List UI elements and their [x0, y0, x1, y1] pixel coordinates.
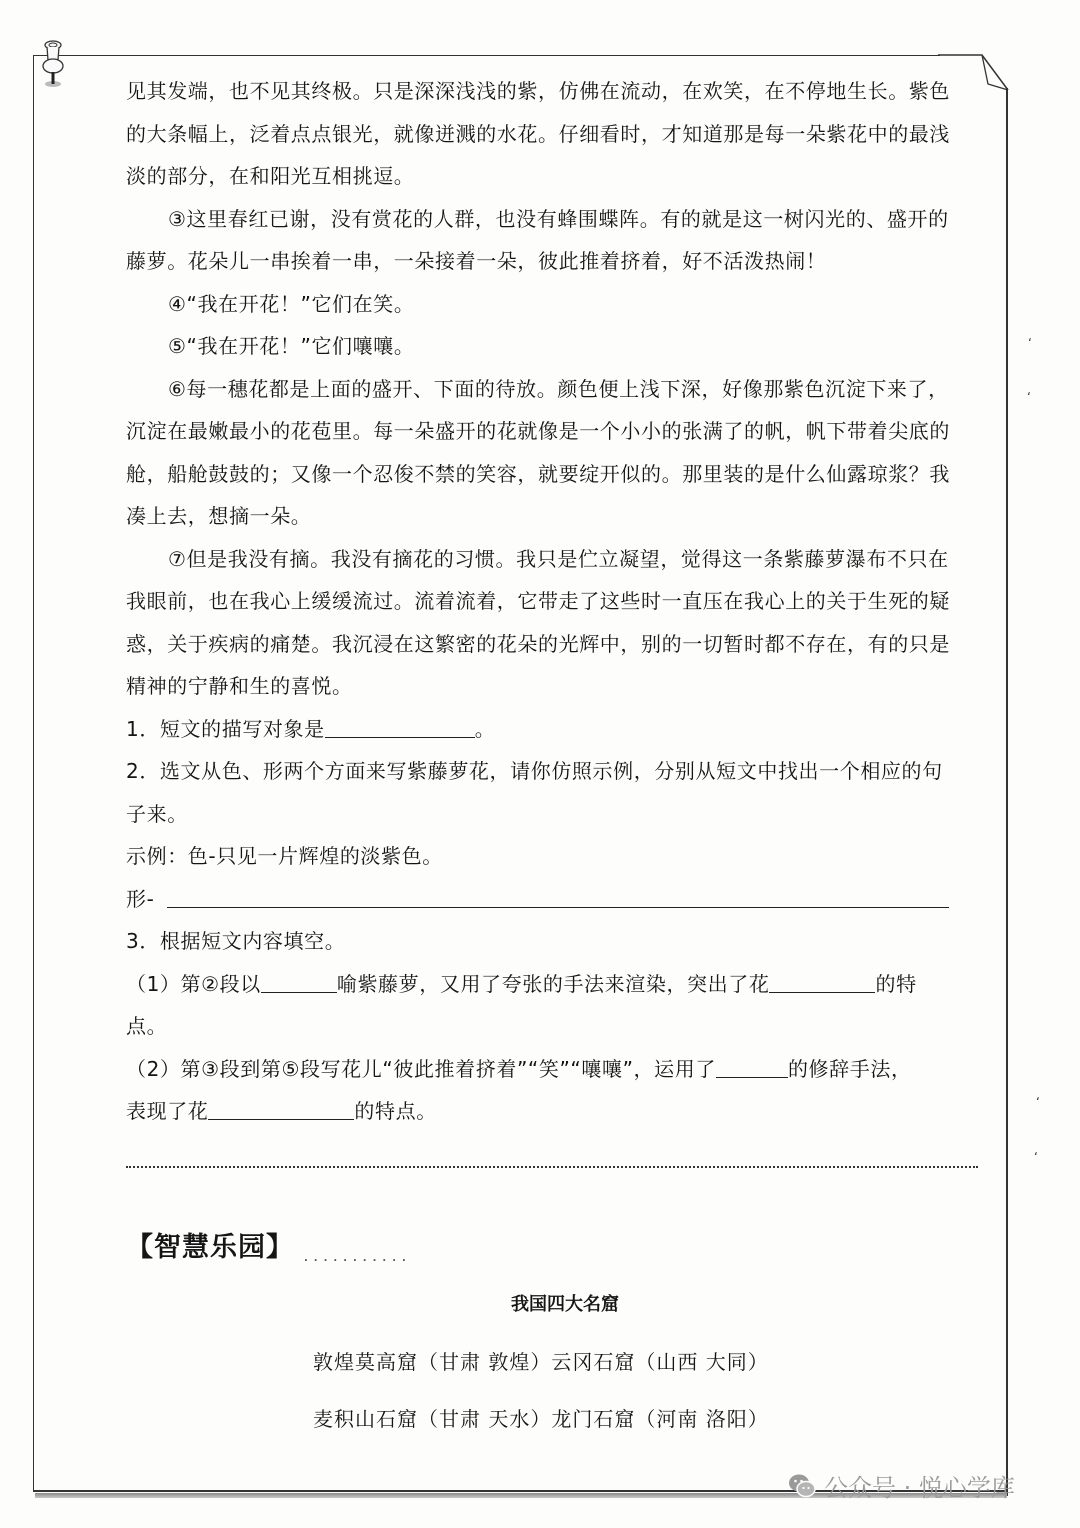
q3-2-text-c: 表现了花 [126, 1099, 208, 1123]
wechat-icon [788, 1473, 816, 1499]
passage-line: 舱，船舱鼓鼓的；又像一个忍俊不禁的笑容，就要绽开似的。那里装的是什么仙露琼浆？我 [126, 453, 978, 496]
pushpin-icon [38, 38, 68, 90]
wisdom-garden-heading: 【智慧乐园】........... [126, 1225, 412, 1264]
passage-line: 藤萝。花朵儿一串挨着一串，一朵接着一朵，彼此推着挤着，好不活泼热闹！ [126, 240, 978, 283]
section-divider [126, 1166, 978, 1168]
q3-2-text-a: （2）第③段到第⑤段写花儿“彼此推着挤着”“笑”“嚷嚷”，运用了 [126, 1057, 716, 1081]
caves-subtitle: 我国四大名窟 [0, 1290, 1080, 1316]
watermark-text: 公众号 · 悦心学库 [824, 1468, 1015, 1503]
passage-line: 沉淀在最嫩最小的花苞里。每一朵盛开的花就像是一个小小的张满了的帆，帆下带着尖底的 [126, 410, 978, 453]
question-2-line1: 2．选文从色、形两个方面来写紫藤萝花，请你仿照示例，分别从短文中找出一个相应的句 [126, 750, 978, 793]
paragraph-4: ④“我在开花！”它们在笑。 [126, 283, 978, 326]
paragraph-6: ⑥每一穗花都是上面的盛开、下面的待放。颜色便上浅下深，好像那紫色沉淀下来了， [126, 368, 978, 411]
paragraph-7: ⑦但是我没有摘。我没有摘花的习惯。我只是伫立凝望，觉得这一条紫藤萝瀑布不只在 [126, 538, 978, 581]
q3-2-text-b: 的修辞手法， [788, 1057, 912, 1081]
question-3-1: （1）第②段以喻紫藤萝，又用了夸张的手法来渲染，突出了花的特 [126, 963, 978, 1006]
paragraph-3: ③这里春红已谢，没有赏花的人群，也没有蜂围蝶阵。有的就是这一树闪光的、盛开的 [126, 198, 978, 241]
passage-line: 的大条幅上，泛着点点银光，就像迸溅的水花。仔细看时，才知道那是每一朵紫花中的最浅 [126, 113, 978, 156]
scan-mark: ‘ [1028, 336, 1032, 350]
q3-2-text-d: 的特点。 [354, 1099, 436, 1123]
q3-1-text-c: 的特 [875, 972, 916, 996]
page-frame-right [1006, 88, 1008, 1496]
paragraph-5: ⑤“我在开花！”它们嚷嚷。 [126, 325, 978, 368]
caves-line-1: 敦煌莫高窟（甘肃 敦煌）云冈石窟（山西 大同） [313, 1346, 769, 1375]
passage-line: 精神的宁静和生的喜悦。 [126, 665, 978, 708]
question-3-2: （2）第③段到第⑤段写花儿“彼此推着挤着”“笑”“嚷嚷”，运用了的修辞手法， [126, 1048, 978, 1091]
question-3-title: 3．根据短文内容填空。 [126, 920, 978, 963]
answer-blank-q3-2b[interactable] [208, 1097, 354, 1120]
passage-line: 我眼前，也在我心上缓缓流过。流着流着，它带走了这些时一直压在我心上的关于生死的疑 [126, 580, 978, 623]
answer-blank-q3-2a[interactable] [716, 1055, 788, 1078]
question-1-end: 。 [475, 717, 496, 741]
answer-blank-q1[interactable] [325, 715, 475, 738]
wisdom-garden-title: 【智慧乐园】 [126, 1232, 294, 1263]
q3-1-text-a: （1）第②段以 [126, 972, 261, 996]
question-2-line2: 子来。 [126, 793, 978, 836]
passage-line: 见其发端，也不见其终极。只是深深浅浅的紫，仿佛在流动，在欢笑，在不停地生长。紫色 [126, 70, 978, 113]
passage-line: 淡的部分，在和阳光互相挑逗。 [126, 155, 978, 198]
answer-blank-q3-1b[interactable] [769, 970, 875, 993]
passage-line: 凑上去，想摘一朵。 [126, 495, 978, 538]
watermark: 公众号 · 悦心学库 [788, 1468, 1015, 1503]
answer-blank-q2-shape[interactable] [167, 885, 949, 908]
caves-line-2: 麦积山石窟（甘肃 天水）龙门石窟（河南 洛阳） [313, 1403, 769, 1432]
reading-passage: 见其发端，也不见其终极。只是深深浅浅的紫，仿佛在流动，在欢笑，在不停地生长。紫色… [126, 70, 978, 1133]
question-2-shape: 形- [126, 878, 978, 921]
question-1: 1．短文的描写对象是。 [126, 708, 978, 751]
shape-label: 形- [126, 887, 154, 911]
scan-mark: ‘ [1027, 390, 1031, 404]
answer-blank-q3-1a[interactable] [261, 970, 337, 993]
q3-1-text-b: 喻紫藤萝，又用了夸张的手法来渲染，突出了花 [337, 972, 770, 996]
title-dots: ........... [304, 1253, 412, 1264]
passage-line: 惑，关于疾病的痛楚。我沉浸在这繁密的花朵的光辉中，别的一切暂时都不存在，有的只是 [126, 623, 978, 666]
scan-mark: ‘ [1036, 1095, 1040, 1109]
question-1-text: 1．短文的描写对象是 [126, 717, 325, 741]
question-2-example: 示例：色-只见一片辉煌的淡紫色。 [126, 835, 978, 878]
question-3-2-cont: 表现了花的特点。 [126, 1090, 978, 1133]
question-3-1-cont: 点。 [126, 1005, 978, 1048]
scan-mark: ‘ [1034, 1150, 1038, 1164]
